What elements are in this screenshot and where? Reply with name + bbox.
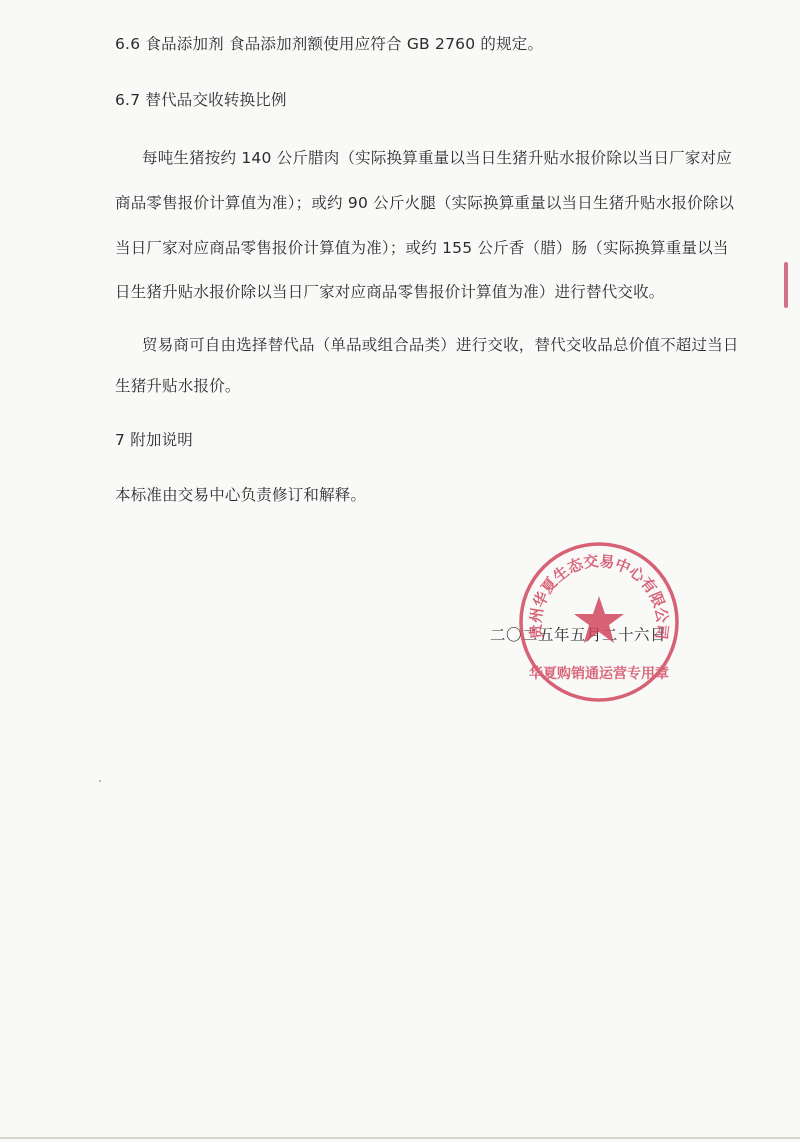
section-6-7-heading: 6.7 替代品交收转换比例: [115, 88, 287, 110]
paragraph-line: 生猪升贴水报价。: [115, 374, 241, 396]
paragraph-line: 当日厂家对应商品零售报价计算值为准）；或约 155 公斤香（腊）肠（实际换算重量…: [115, 236, 729, 258]
document-page: 6.6 食品添加剂 食品添加剂额使用应符合 GB 2760 的规定。 6.7 替…: [0, 0, 800, 1142]
paragraph-line: 本标准由交易中心负责修订和解释。: [115, 483, 366, 505]
paragraph-line: 日生猪升贴水报价除以当日厂家对应商品零售报价计算值为准）进行替代交收。: [115, 280, 665, 302]
paragraph-line: 每吨生猪按约 140 公斤腊肉（实际换算重量以当日生猪升贴水报价除以当日厂家对应: [142, 146, 732, 168]
official-seal-icon: 贵州华夏生态交易中心有限公司 华夏购销通运营专用章: [517, 540, 681, 704]
paragraph-line: 商品零售报价计算值为准）；或约 90 公斤火腿（实际换算重量以当日生猪升贴水报价…: [115, 191, 734, 213]
paging-seal-mark: [784, 262, 788, 308]
section-7-heading: 7 附加说明: [115, 428, 193, 450]
paragraph-line: 贸易商可自由选择替代品（单品或组合品类）进行交收，替代交收品总价值不超过当日: [142, 333, 739, 355]
section-6-6: 6.6 食品添加剂 食品添加剂额使用应符合 GB 2760 的规定。: [115, 32, 543, 54]
svg-text:华夏购销通运营专用章: 华夏购销通运营专用章: [529, 665, 669, 682]
scan-speck: [99, 780, 101, 782]
signature-date: 二〇二五年五月二十六日: [490, 623, 666, 645]
page-bottom-edge: [0, 1137, 800, 1139]
